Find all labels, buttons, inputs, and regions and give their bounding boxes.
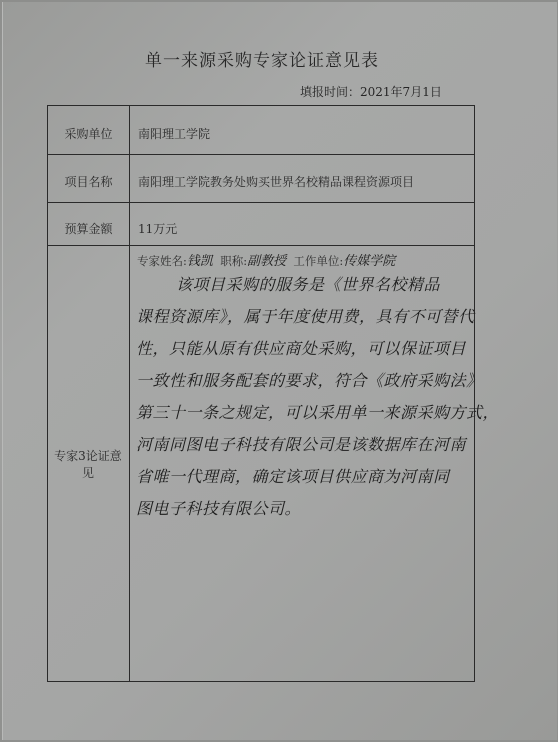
expert-name-value: 钱凯: [187, 254, 213, 269]
document-page: 单一来源采购专家论证意见表 填报时间：2021年7月1日 采购单位 南阳理工学院…: [2, 2, 557, 740]
budget-label: 预算金额: [48, 220, 129, 237]
expert-workplace-label: 工作单位:: [293, 254, 343, 268]
opinion-line: 该项目采购的服务是《世界名校精品: [136, 269, 472, 301]
row-divider: [48, 154, 474, 155]
fill-date: 填报时间：2021年7月1日: [300, 83, 442, 100]
row-divider: [48, 245, 474, 246]
expert-title-label: 职称:: [220, 254, 247, 268]
column-divider: [129, 106, 130, 681]
purchaser-label: 采购单位: [48, 125, 129, 142]
opinion-line: 图电子科技有限公司。: [136, 493, 472, 525]
opinion-form-table: 采购单位 南阳理工学院 项目名称 南阳理工学院教务处购买世界名校精品课程资源项目…: [47, 105, 475, 682]
fill-date-value: 2021年7月1日: [360, 85, 442, 99]
row-divider: [48, 202, 474, 203]
project-name-label: 项目名称: [48, 173, 129, 190]
fill-date-label: 填报时间：: [300, 85, 360, 99]
purchaser-value: 南阳理工学院: [138, 125, 210, 142]
document-title: 单一来源采购专家论证意见表: [145, 46, 379, 71]
expert-title-value: 副教授: [247, 254, 286, 269]
opinion-line: 性，只能从原有供应商处采购，可以保证项目: [136, 333, 472, 365]
opinion-line: 河南同图电子科技有限公司是该数据库在河南: [136, 429, 472, 461]
expert-name-label: 专家姓名:: [137, 254, 187, 268]
opinion-line: 第三十一条之规定，可以采用单一来源采购方式，: [136, 397, 472, 429]
expert-opinion-label: 专家3论证意见: [52, 448, 124, 482]
budget-value: 11万元: [138, 220, 177, 237]
project-name-value: 南阳理工学院教务处购买世界名校精品课程资源项目: [138, 173, 414, 190]
expert-info: 专家姓名:钱凯 职称:副教授 工作单位:传媒学院: [137, 250, 395, 269]
handwritten-opinion: 该项目采购的服务是《世界名校精品 课程资源库》，属于年度使用费，具有不可替代 性…: [136, 269, 472, 525]
opinion-line: 省唯一代理商，确定该项目供应商为河南同: [136, 461, 472, 493]
expert-workplace-value: 传媒学院: [343, 254, 395, 269]
opinion-line: 一致性和服务配套的要求，符合《政府采购法》: [136, 365, 472, 397]
opinion-line: 课程资源库》，属于年度使用费，具有不可替代: [136, 301, 472, 333]
